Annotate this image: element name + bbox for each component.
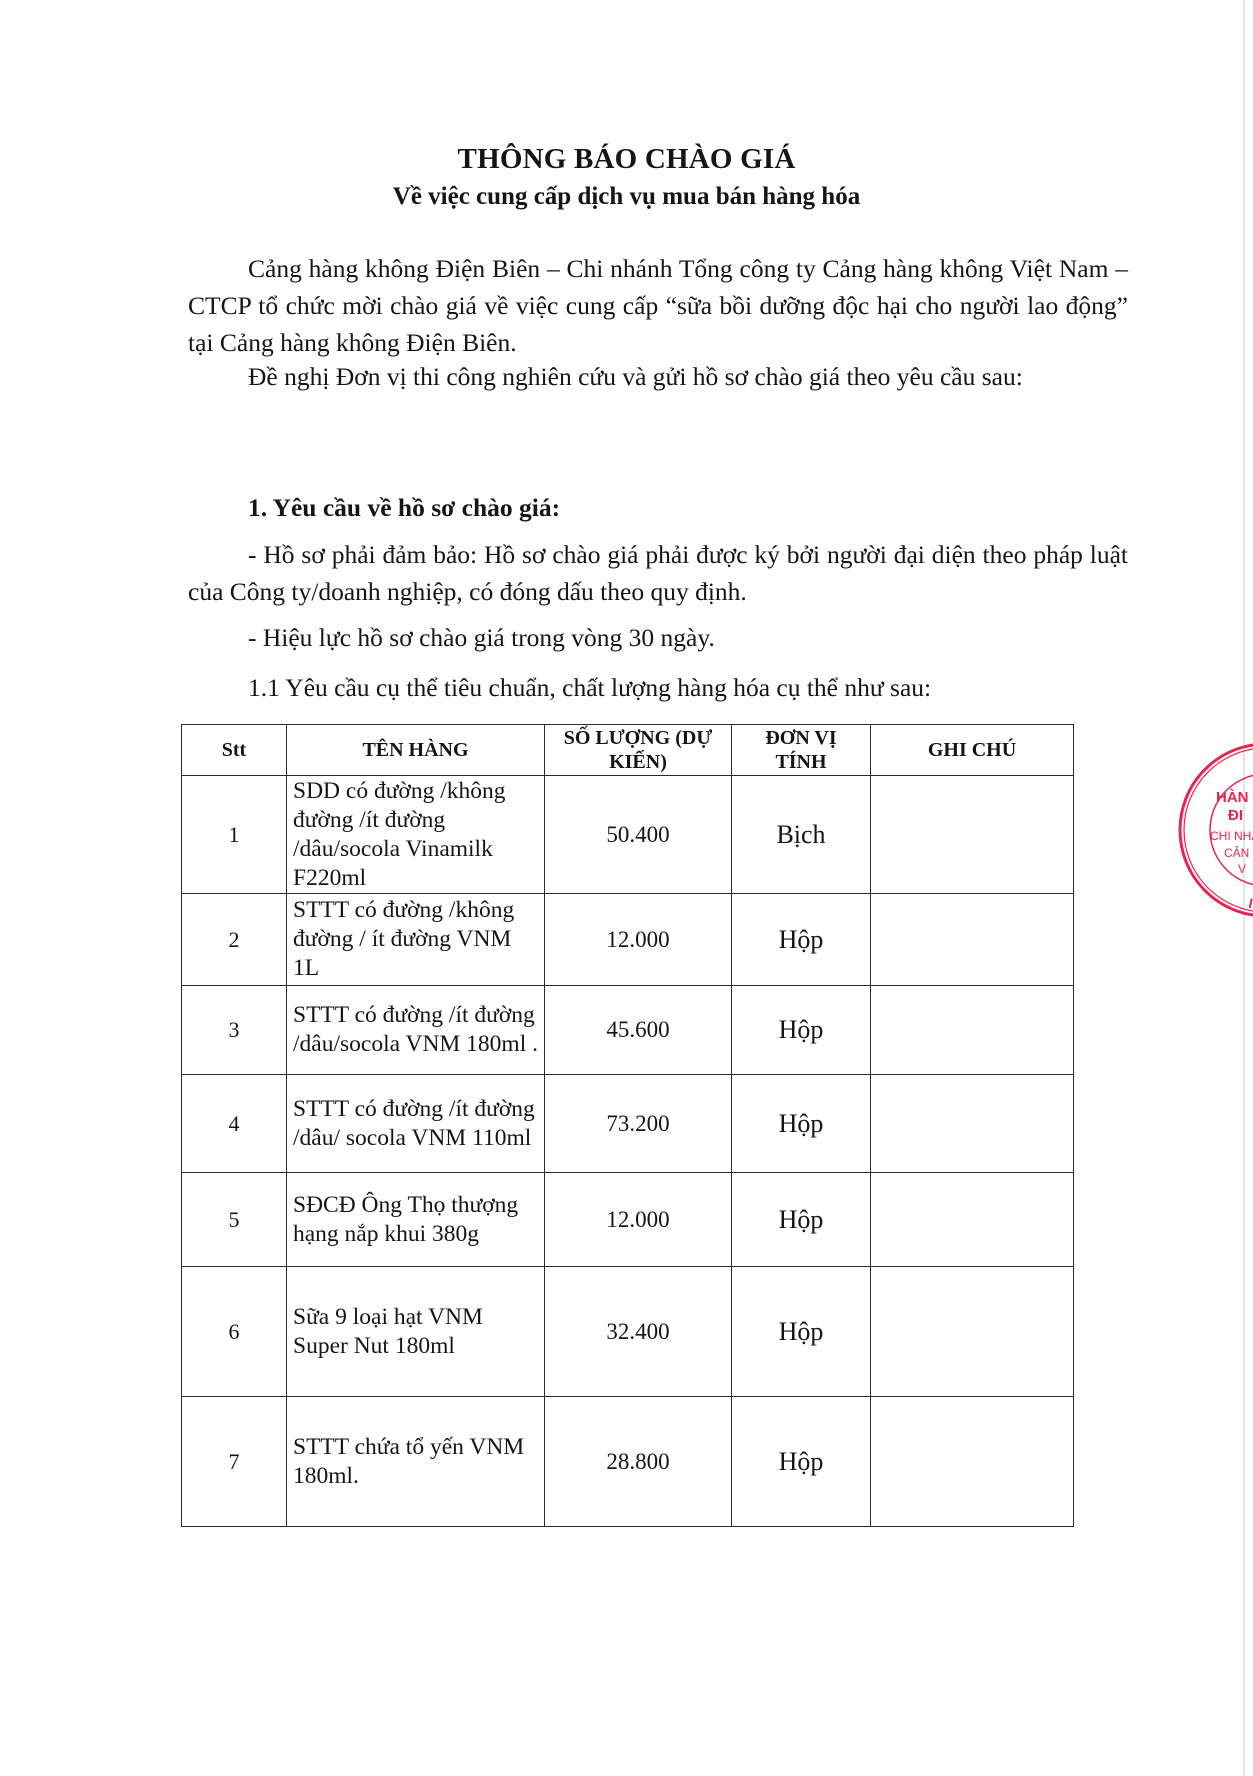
subsection-1-1: 1.1 Yêu cầu cụ thể tiêu chuẩn, chất lượn… — [248, 673, 931, 703]
cell-unit: Bịch — [732, 776, 871, 894]
table-row: 4 STTT có đường /ít đường /dâu/ socola V… — [182, 1075, 1074, 1173]
cell-stt: 1 — [182, 776, 287, 894]
cell-note — [871, 1173, 1074, 1267]
cell-name: Sữa 9 loại hạt VNM Super Nut 180ml — [287, 1267, 545, 1397]
section-1-heading: 1. Yêu cầu về hồ sơ chào giá: — [248, 493, 560, 523]
cell-unit: Hộp — [732, 1267, 871, 1397]
header-note: GHI CHÚ — [871, 725, 1074, 776]
table-row: 1 SDD có đường /không đường /ít đường /d… — [182, 776, 1074, 894]
cell-name: STTT có đường /không đường / ít đường VN… — [287, 894, 545, 986]
cell-note — [871, 986, 1074, 1075]
cell-qty: 32.400 — [545, 1267, 732, 1397]
table-row: 5 SĐCĐ Ông Thọ thượng hạng nắp khui 380g… — [182, 1173, 1074, 1267]
cell-note — [871, 1075, 1074, 1173]
cell-unit: Hộp — [732, 1397, 871, 1527]
seal-line-3: CHI NHÁ — [1210, 828, 1253, 843]
table-row: 2 STTT có đường /không đường / ít đường … — [182, 894, 1074, 986]
cell-name: STTT có đường /ít đường /dâu/ socola VNM… — [287, 1075, 545, 1173]
document-title: THÔNG BÁO CHÀO GIÁ — [0, 143, 1253, 176]
seal-line-1: HÀN — [1216, 789, 1249, 806]
seal-line-5: V — [1238, 862, 1246, 876]
table-header-row: Stt TÊN HÀNG SỐ LƯỢNG (DỰ KIẾN) ĐƠN VỊ T… — [182, 725, 1074, 776]
cell-qty: 12.000 — [545, 894, 732, 986]
cell-unit: Hộp — [732, 894, 871, 986]
cell-note — [871, 894, 1074, 986]
company-seal-stamp: M.S.C.N:03116 ★ TP.ĐIỆN BI HÀN ĐI CHI NH… — [1176, 740, 1253, 920]
cell-stt: 4 — [182, 1075, 287, 1173]
header-name: TÊN HÀNG — [287, 725, 545, 776]
cell-qty: 12.000 — [545, 1173, 732, 1267]
requirement-1: - Hồ sơ phải đảm bảo: Hồ sơ chào giá phả… — [188, 536, 1128, 610]
cell-note — [871, 1267, 1074, 1397]
intro-paragraph: Cảng hàng không Điện Biên – Chi nhánh Tổ… — [188, 250, 1128, 361]
cell-stt: 7 — [182, 1397, 287, 1527]
seal-line-4: CẢN — [1224, 845, 1249, 860]
cell-stt: 3 — [182, 986, 287, 1075]
cell-unit: Hộp — [732, 986, 871, 1075]
table-row: 7 STTT chứa tổ yến VNM 180ml. 28.800 Hộp — [182, 1397, 1074, 1527]
cell-stt: 2 — [182, 894, 287, 986]
cell-qty: 28.800 — [545, 1397, 732, 1527]
cell-name: SĐCĐ Ông Thọ thượng hạng nắp khui 380g — [287, 1173, 545, 1267]
cell-stt: 6 — [182, 1267, 287, 1397]
cell-qty: 50.400 — [545, 776, 732, 894]
cell-note — [871, 1397, 1074, 1527]
goods-table: Stt TÊN HÀNG SỐ LƯỢNG (DỰ KIẾN) ĐƠN VỊ T… — [181, 724, 1074, 1527]
cell-note — [871, 776, 1074, 894]
cell-stt: 5 — [182, 1173, 287, 1267]
cell-name: SDD có đường /không đường /ít đường /dâu… — [287, 776, 545, 894]
seal-line-2: ĐI — [1228, 807, 1243, 824]
cell-unit: Hộp — [732, 1075, 871, 1173]
cell-name: STTT chứa tổ yến VNM 180ml. — [287, 1397, 545, 1527]
requirement-2: - Hiệu lực hồ sơ chào giá trong vòng 30 … — [248, 623, 715, 653]
seal-icon: M.S.C.N:03116 ★ TP.ĐIỆN BI HÀN ĐI CHI NH… — [1176, 740, 1253, 920]
cell-name: STTT có đường /ít đường /dâu/socola VNM … — [287, 986, 545, 1075]
request-paragraph: Đề nghị Đơn vị thi công nghiên cứu và gử… — [188, 358, 1128, 395]
document-subtitle: Về việc cung cấp dịch vụ mua bán hàng hó… — [0, 183, 1253, 211]
header-unit: ĐƠN VỊ TÍNH — [732, 725, 871, 776]
cell-unit: Hộp — [732, 1173, 871, 1267]
header-stt: Stt — [182, 725, 287, 776]
table-row: 3 STTT có đường /ít đường /dâu/socola VN… — [182, 986, 1074, 1075]
header-qty: SỐ LƯỢNG (DỰ KIẾN) — [545, 725, 732, 776]
cell-qty: 73.200 — [545, 1075, 732, 1173]
table-row: 6 Sữa 9 loại hạt VNM Super Nut 180ml 32.… — [182, 1267, 1074, 1397]
cell-qty: 45.600 — [545, 986, 732, 1075]
